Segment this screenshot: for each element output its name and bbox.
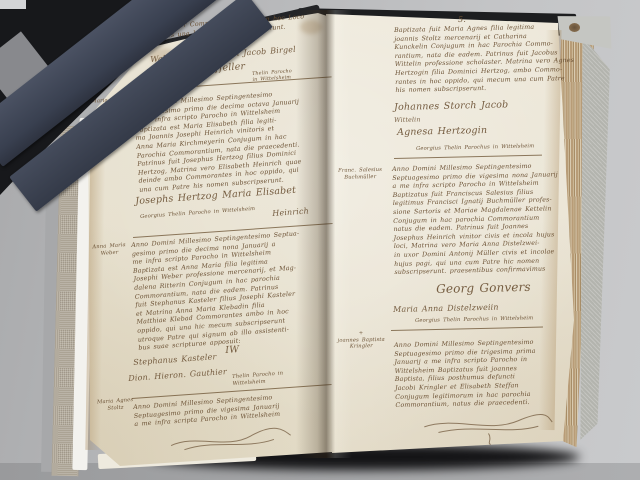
right-page-number: 5. (458, 15, 466, 25)
flourish (418, 410, 559, 447)
signature: Agnesa Hertzogin (397, 125, 487, 138)
background-corner-sliver (0, 0, 26, 9)
record-text: Baptizata fuit Maria Agnes filia legitim… (394, 23, 581, 96)
gutter-shadow (296, 10, 352, 458)
patrinus-mark: IW (225, 344, 240, 356)
record-text: Anno Domini Millesimo Septingentesimo Se… (392, 162, 579, 278)
signature: Wittelin (394, 116, 421, 125)
manuscript-photo: 4. joannis Weber Commorans gegenw. in ho… (0, 0, 640, 480)
signature: Georg Gonvers (436, 281, 531, 296)
record-text: Anno Domini Millesimo Septingentesimo Se… (394, 338, 576, 411)
